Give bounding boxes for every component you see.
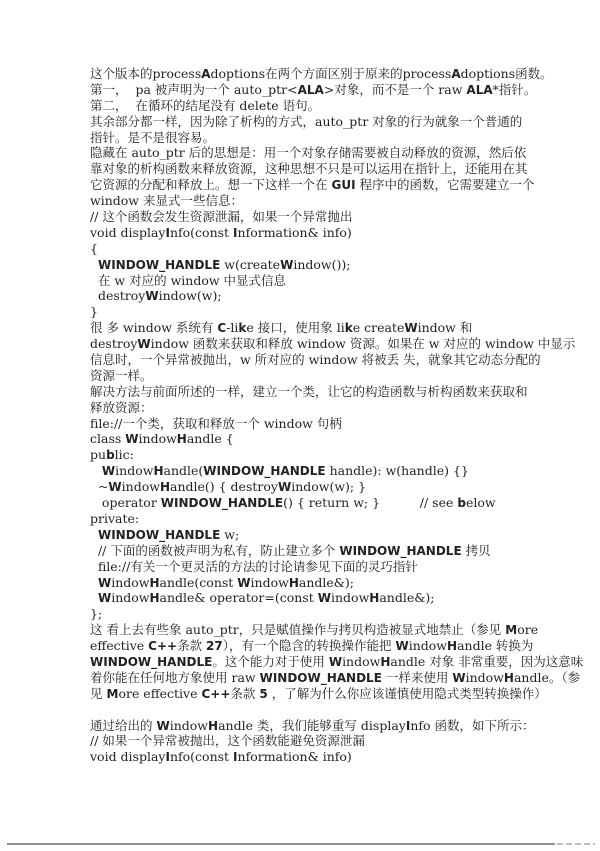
text-line: 这个版本的processAdoptions在两个方面区别于原来的processA…	[90, 66, 526, 82]
text-line: ~WindowHandle() { destroyWindow(w); }	[90, 479, 526, 495]
text-line: class WindowHandle {	[90, 431, 526, 447]
text-line: public:	[90, 447, 526, 463]
text-line: 释放资源：	[90, 400, 526, 416]
text-line: 通过给出的 WindowHandle 类，我们能够重写 displayInfo …	[90, 718, 526, 734]
text-line: WINDOW_HANDLE。这个能力对于使用 WindowHandle 对象 非…	[90, 654, 526, 670]
text-line: 第一， pa 被声明为一个 auto_ptr<ALA>对象，而不是一个 raw …	[90, 82, 526, 98]
text-line: 信息时，一个异常被抛出，w 所对应的 window 将被丢 失，就象其它动态分配…	[90, 352, 526, 368]
text-line: // 下面的函数被声明为私有，防止建立多个 WINDOW_HANDLE 拷贝	[90, 543, 526, 559]
text-line: destroyWindow(w);	[90, 288, 526, 304]
text-line: void displayInfo(const Information& info…	[90, 749, 526, 765]
text-line: 隐藏在 auto_ptr 后的思想是：用一个对象存储需要被自动释放的资源，然后依	[90, 145, 526, 161]
text-line: WindowHandle(WINDOW_HANDLE handle): w(ha…	[90, 463, 526, 479]
text-line: };	[90, 606, 526, 622]
text-line: 这 看上去有些象 auto_ptr，只是赋值操作与拷贝构造被显式地禁止（参见 M…	[90, 622, 526, 638]
text-line: 很 多 window 系统有 C-like 接口，使用象 like create…	[90, 320, 526, 336]
text-line: file://一个类，获取和释放一个 window 句柄	[90, 416, 526, 432]
text-line: 解决方法与前面所述的一样，建立一个类，让它的构造函数与析构函数来获取和	[90, 384, 526, 400]
text-line: 靠对象的析构函数来释放资源，这种思想不只是可以运用在指针上，还能用在其	[90, 161, 526, 177]
text-line: }	[90, 304, 526, 320]
text-line: 着你能在任何地方象使用 raw WINDOW_HANDLE 一样来使用 Wind…	[90, 670, 526, 686]
divider-solid-segment	[7, 843, 555, 845]
text-line: // 如果一个异常被抛出，这个函数能避免资源泄漏	[90, 733, 526, 749]
text-line: 资源一样。	[90, 368, 526, 384]
text-line: 见 More effective C++条款 5 ，了解为什么你应该谨慎使用隐式…	[90, 686, 526, 702]
text-line: // 这个函数会发生资源泄漏，如果一个异常抛出	[90, 209, 526, 225]
divider-dashed-segment	[557, 843, 595, 845]
text-line: destroyWindow 函数来获取和释放 window 资源。如果在 w 对…	[90, 336, 526, 352]
text-line: {	[90, 241, 526, 257]
text-line: file://有关一个更灵活的方法的讨论请参见下面的灵巧指针	[90, 559, 526, 575]
text-line: 指针。是不是很容易。	[90, 130, 526, 146]
text-line: WINDOW_HANDLE w;	[90, 527, 526, 543]
document-page: 这个版本的processAdoptions在两个方面区别于原来的processA…	[0, 0, 600, 851]
text-line: 第二， 在循环的结尾没有 delete 语句。	[90, 98, 526, 114]
text-line: window 来显式一些信息：	[90, 193, 526, 209]
text-line: effective C++条款 27），有一个隐含的转换操作能把 WindowH…	[90, 638, 526, 654]
text-line: WindowHandle(const WindowHandle&);	[90, 575, 526, 591]
text-line: WINDOW_HANDLE w(createWindow());	[90, 257, 526, 273]
text-line: 其余部分都一样，因为除了析构的方式，auto_ptr 对象的行为就象一个普通的	[90, 114, 526, 130]
text-line: operator WINDOW_HANDLE() { return w; } /…	[90, 495, 526, 511]
text-line: 在 w 对应的 window 中显式信息	[90, 273, 526, 289]
text-line: void displayInfo(const Information& info…	[90, 225, 526, 241]
text-line	[90, 702, 526, 718]
text-line: 它资源的分配和释放上。想一下这样一个在 GUI 程序中的函数，它需要建立一个	[90, 177, 526, 193]
text-line: private:	[90, 511, 526, 527]
text-block: 这个版本的processAdoptions在两个方面区别于原来的processA…	[90, 66, 526, 765]
page-bottom-divider	[0, 843, 600, 846]
text-line: WindowHandle& operator=(const WindowHand…	[90, 590, 526, 606]
